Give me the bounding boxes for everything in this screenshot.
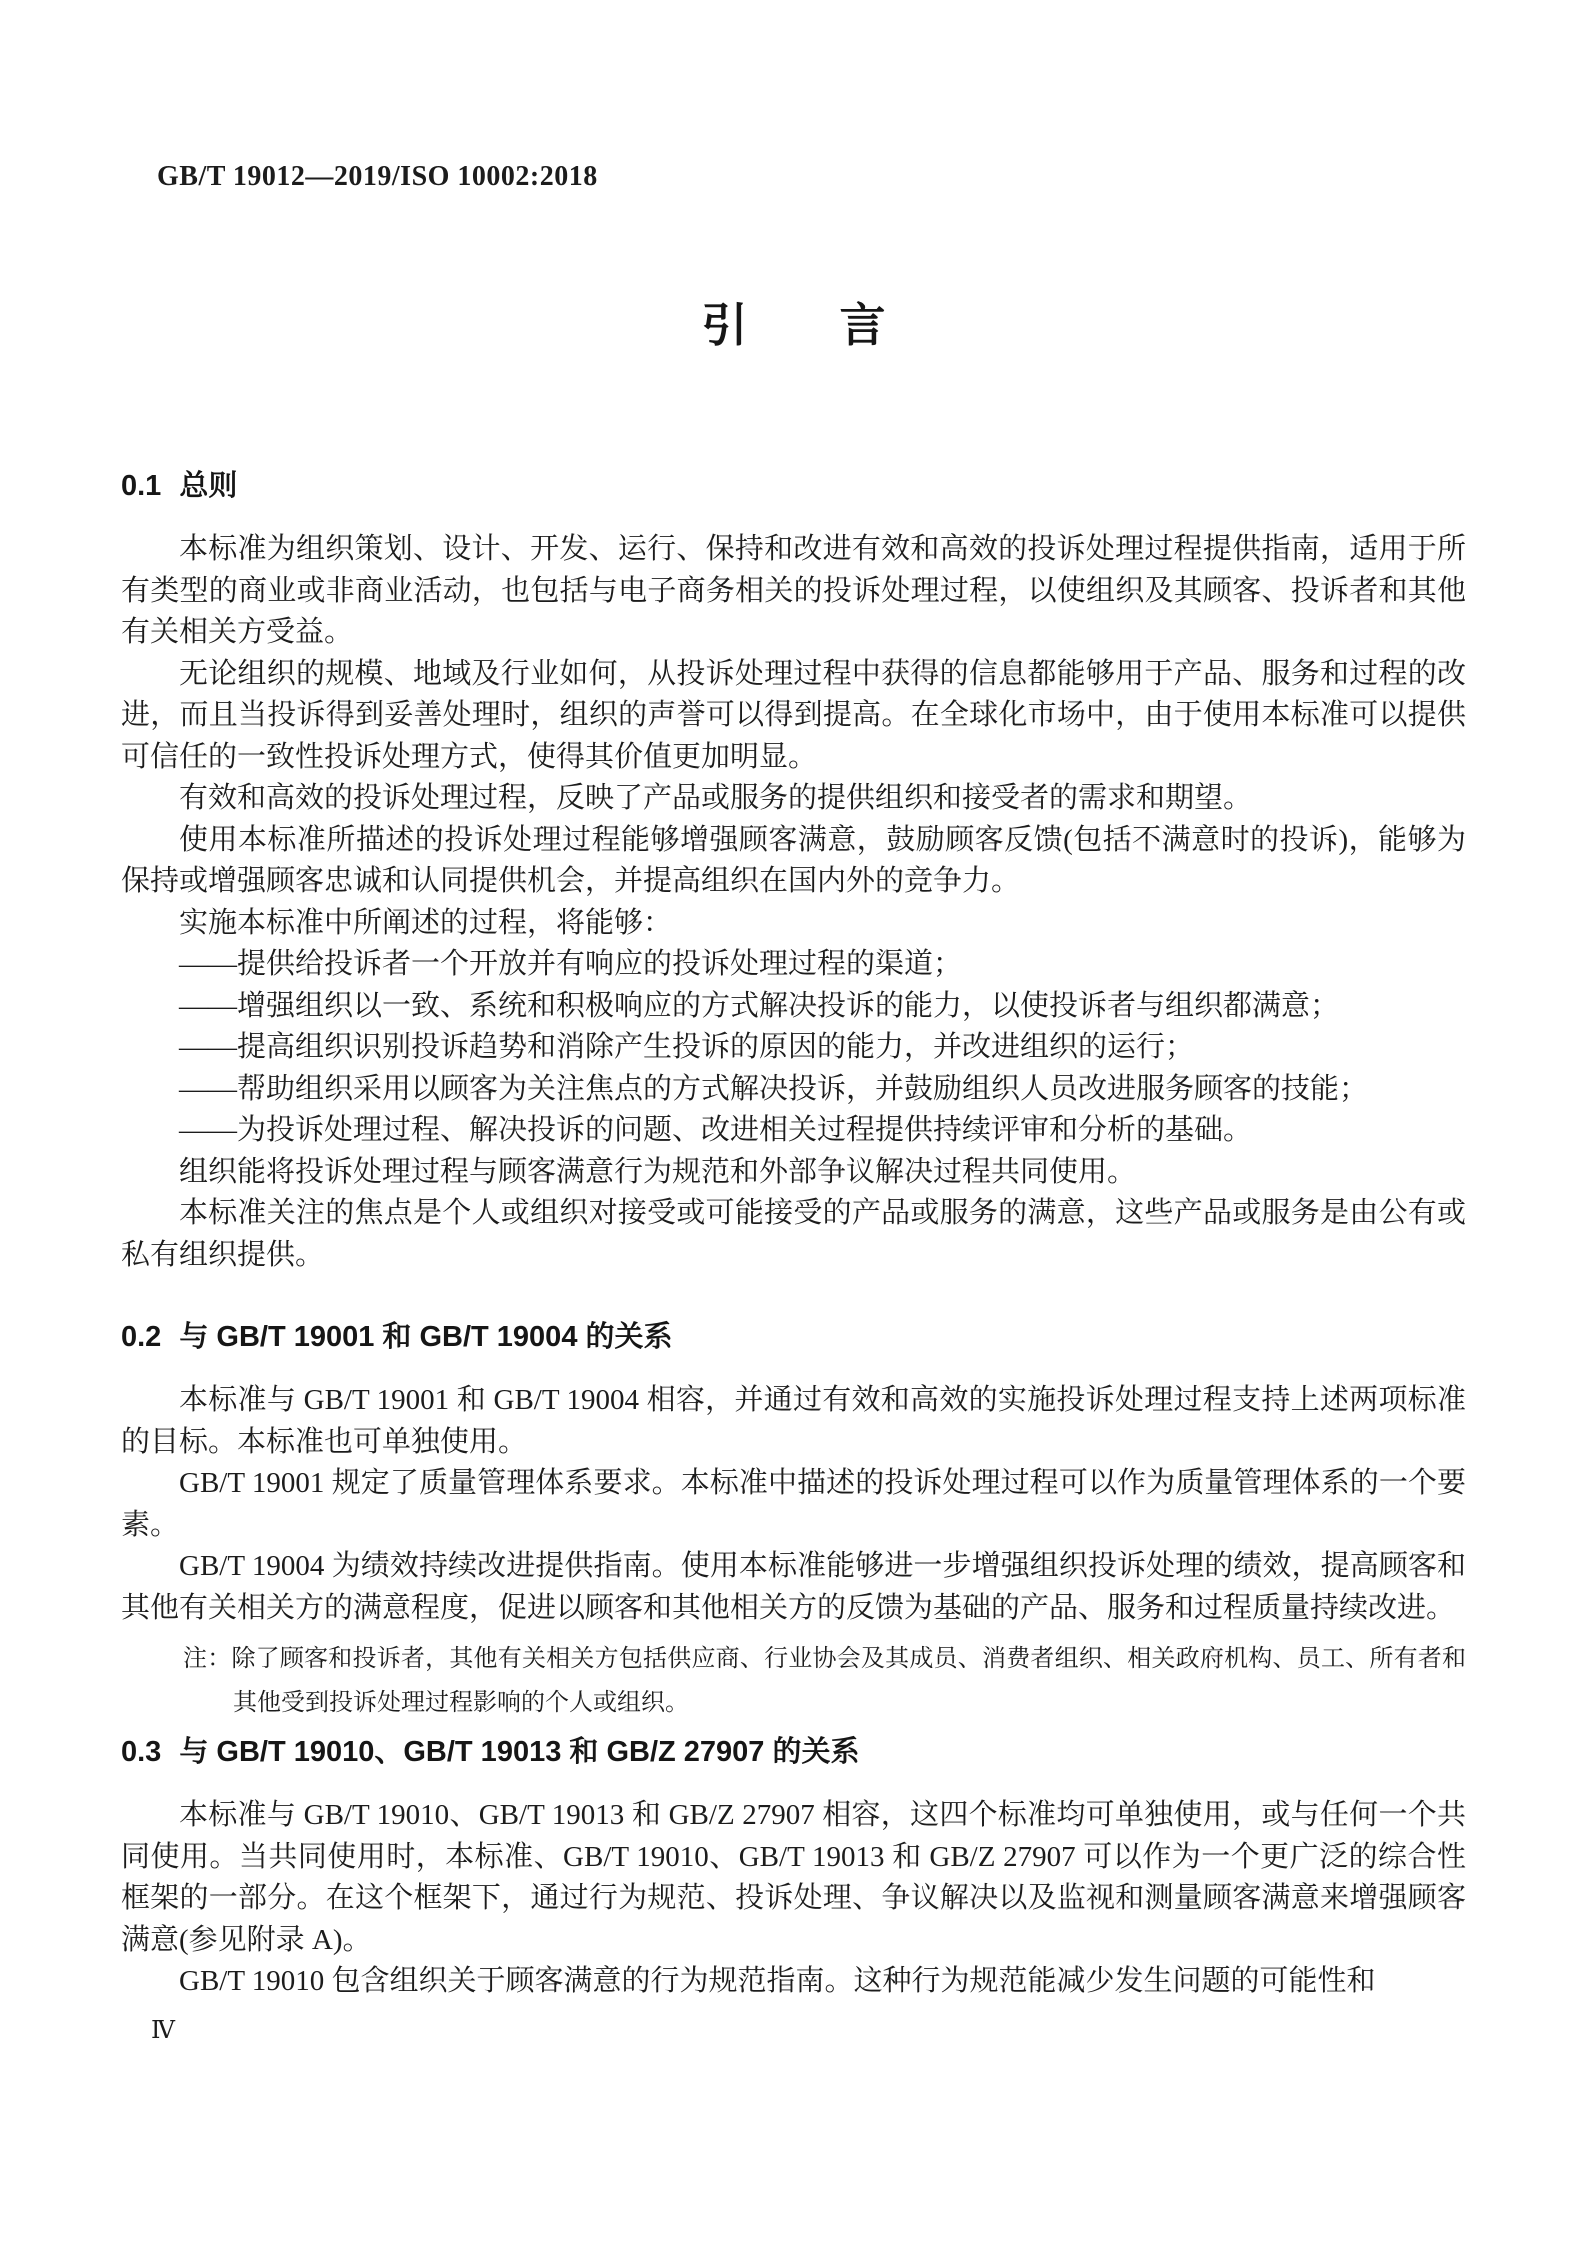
running-header: GB/T 19012—2019/ISO 10002:2018: [157, 160, 1466, 194]
paragraph: GB/T 19001 规定了质量管理体系要求。本标准中描述的投诉处理过程可以作为…: [121, 1463, 1466, 1546]
section-0-3: 0.3与 GB/T 19010、GB/T 19013 和 GB/Z 27907 …: [121, 1735, 1466, 2003]
paragraph: GB/T 19010 包含组织关于顾客满意的行为规范指南。这种行为规范能减少发生…: [121, 1961, 1466, 2003]
section-0-1: 0.1总则 本标准为组织策划、设计、开发、运行、保持和改进有效和高效的投诉处理过…: [121, 469, 1466, 1276]
section-title: 与 GB/T 19001 和 GB/T 19004 的关系: [179, 1321, 672, 1353]
note: 注：除了顾客和投诉者，其他有关相关方包括供应商、行业协会及其成员、消费者组织、相…: [183, 1637, 1466, 1725]
note-label: 注：: [183, 1646, 231, 1672]
paragraph: 本标准为组织策划、设计、开发、运行、保持和改进有效和高效的投诉处理过程提供指南，…: [121, 529, 1466, 654]
section-number: 0.2: [121, 1321, 161, 1353]
note-text: 除了顾客和投诉者，其他有关相关方包括供应商、行业协会及其成员、消费者组织、相关政…: [231, 1646, 1466, 1716]
dash-list-item: ——增强组织以一致、系统和积极响应的方式解决投诉的能力，以使投诉者与组织都满意；: [121, 986, 1466, 1028]
section-number: 0.3: [121, 1736, 161, 1768]
section-heading: 0.1总则: [121, 469, 1466, 503]
paragraph: 本标准与 GB/T 19001 和 GB/T 19004 相容，并通过有效和高效…: [121, 1380, 1466, 1463]
section-title: 与 GB/T 19010、GB/T 19013 和 GB/Z 27907 的关系: [179, 1736, 859, 1768]
paragraph: 本标准与 GB/T 19010、GB/T 19013 和 GB/Z 27907 …: [121, 1795, 1466, 1961]
page-number: Ⅳ: [151, 2017, 1466, 2045]
page-title: 引 言: [121, 298, 1466, 353]
paragraph: 实施本标准中所阐述的过程，将能够：: [121, 903, 1466, 945]
document-page: GB/T 19012—2019/ISO 10002:2018 引 言 0.1总则…: [0, 0, 1587, 2243]
paragraph: 无论组织的规模、地域及行业如何，从投诉处理过程中获得的信息都能够用于产品、服务和…: [121, 654, 1466, 779]
paragraph: 本标准关注的焦点是个人或组织对接受或可能接受的产品或服务的满意，这些产品或服务是…: [121, 1193, 1466, 1276]
page-content: GB/T 19012—2019/ISO 10002:2018 引 言 0.1总则…: [121, 0, 1466, 2045]
paragraph: 有效和高效的投诉处理过程，反映了产品或服务的提供组织和接受者的需求和期望。: [121, 778, 1466, 820]
section-title: 总则: [179, 470, 237, 502]
paragraph: 使用本标准所描述的投诉处理过程能够增强顾客满意，鼓励顾客反馈(包括不满意时的投诉…: [121, 820, 1466, 903]
dash-list-item: ——帮助组织采用以顾客为关注焦点的方式解决投诉，并鼓励组织人员改进服务顾客的技能…: [121, 1069, 1466, 1111]
dash-list-item: ——提高组织识别投诉趋势和消除产生投诉的原因的能力，并改进组织的运行；: [121, 1027, 1466, 1069]
section-heading: 0.3与 GB/T 19010、GB/T 19013 和 GB/Z 27907 …: [121, 1735, 1466, 1769]
dash-list-item: ——为投诉处理过程、解决投诉的问题、改进相关过程提供持续评审和分析的基础。: [121, 1110, 1466, 1152]
paragraph: GB/T 19004 为绩效持续改进提供指南。使用本标准能够进一步增强组织投诉处…: [121, 1546, 1466, 1629]
paragraph: 组织能将投诉处理过程与顾客满意行为规范和外部争议解决过程共同使用。: [121, 1152, 1466, 1194]
section-0-2: 0.2与 GB/T 19001 和 GB/T 19004 的关系 本标准与 GB…: [121, 1320, 1466, 1725]
dash-list-item: ——提供给投诉者一个开放并有响应的投诉处理过程的渠道；: [121, 944, 1466, 986]
section-number: 0.1: [121, 470, 161, 502]
section-heading: 0.2与 GB/T 19001 和 GB/T 19004 的关系: [121, 1320, 1466, 1354]
